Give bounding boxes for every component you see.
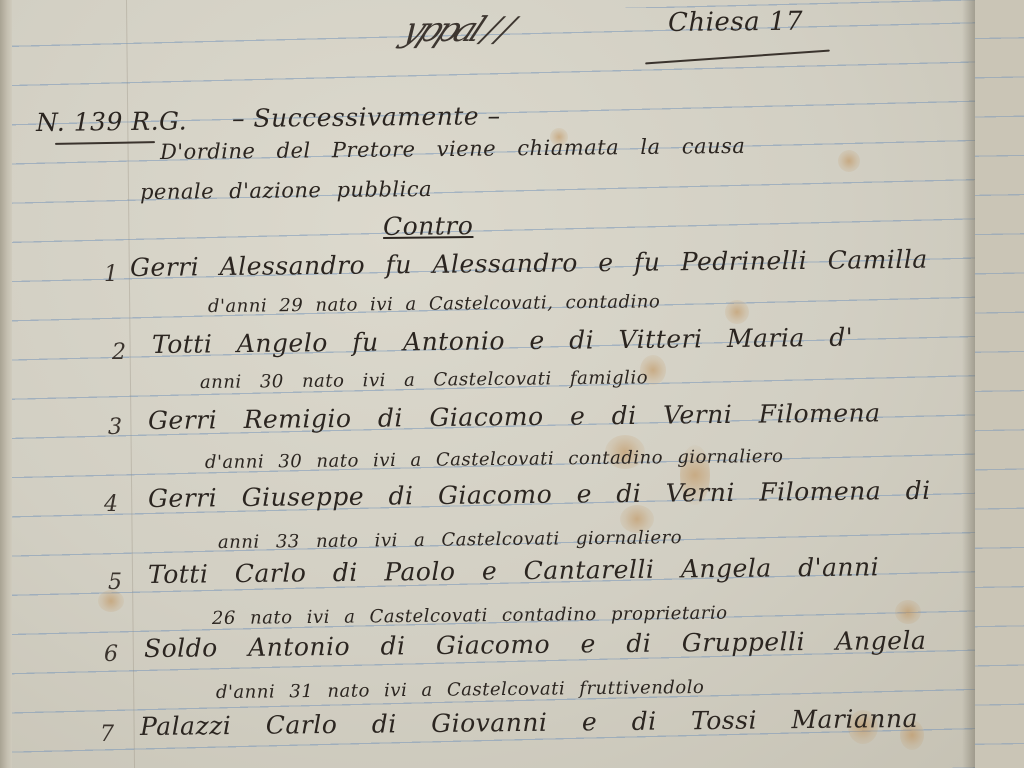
foxing-stain [895, 600, 921, 624]
defendant-number: 6 [104, 642, 118, 667]
top-right-annotation: Chiesa 17 [668, 7, 803, 38]
page-left-edge [0, 0, 12, 768]
section-heading: – Successivamente – [232, 101, 501, 133]
entry-number: N. 139 R.G. [36, 106, 187, 137]
defendant-number: 4 [104, 492, 118, 517]
defendant-number: 3 [108, 415, 122, 440]
defendant-number: 5 [108, 570, 122, 595]
defendant-number: 1 [104, 262, 118, 287]
foxing-stain [838, 150, 860, 172]
facing-page [975, 0, 1024, 768]
defendant-number: 2 [112, 340, 126, 365]
intro-line-2: penale d'azione pubblica [140, 177, 432, 204]
contro-heading: Contro [383, 211, 474, 241]
defendant-number: 7 [100, 722, 114, 747]
foxing-stain [725, 300, 749, 324]
top-scribble: yppal / / [396, 10, 517, 50]
document-photo: yppal / / Chiesa 17 N. 139 R.G. – Succes… [0, 0, 1024, 768]
